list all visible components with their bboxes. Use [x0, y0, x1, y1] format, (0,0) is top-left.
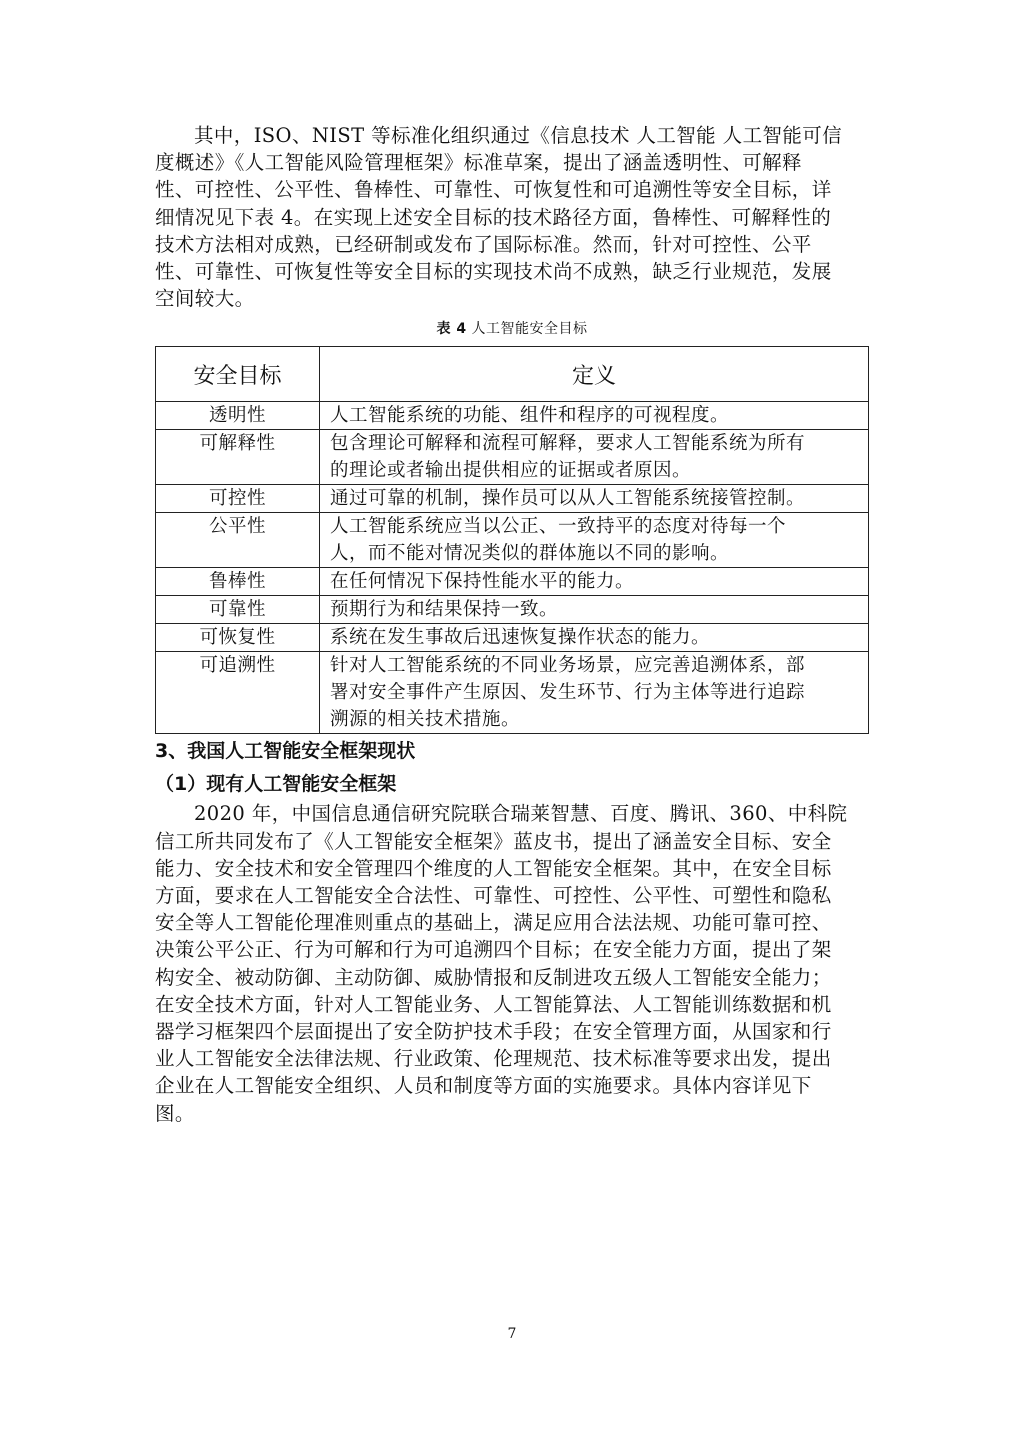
document-page: 其中，ISO、NIST 等标准化组织通过《信息技术 人工智能 人工智能可信 度概… [155, 122, 869, 1127]
text-line: 其中，ISO、NIST 等标准化组织通过《信息技术 人工智能 人工智能可信 [155, 122, 869, 149]
definition-line: 人工智能系统的功能、组件和程序的可视程度。 [330, 402, 868, 429]
table-caption: 表 4 人工智能安全目标 [155, 318, 869, 338]
table-row: 可恢复性 系统在发生事故后迅速恢复操作状态的能力。 [156, 624, 869, 652]
table-row: 透明性 人工智能系统的功能、组件和程序的可视程度。 [156, 402, 869, 430]
definition-line: 系统在发生事故后迅速恢复操作状态的能力。 [330, 624, 868, 651]
text-line: 性、可靠性、可恢复性等安全目标的实现技术尚不成熟，缺乏行业规范，发展 [155, 258, 869, 285]
text-line: 在安全技术方面，针对人工智能业务、人工智能算法、人工智能训练数据和机 [155, 991, 869, 1018]
table-row: 公平性 人工智能系统应当以公正、一致持平的态度对待每一个 人，而不能对情况类似的… [156, 513, 869, 568]
security-goals-table: 安全目标 定义 透明性 人工智能系统的功能、组件和程序的可视程度。 可解释性 包… [155, 346, 869, 734]
table-row: 可控性 通过可靠的机制，操作员可以从人工智能系统接管控制。 [156, 485, 869, 513]
text-line: 性、可控性、公平性、鲁棒性、可靠性、可恢复性和可追溯性等安全目标，详 [155, 176, 869, 203]
table-caption-label: 表 4 [436, 321, 466, 337]
goal-cell: 鲁棒性 [156, 568, 320, 596]
table-header-row: 安全目标 定义 [156, 347, 869, 402]
definition-line: 包含理论可解释和流程可解释，要求人工智能系统为所有 [330, 430, 868, 457]
text-line: 细情况见下表 4。在实现上述安全目标的技术路径方面，鲁棒性、可解释性的 [155, 204, 869, 231]
text-line: 度概述》《人工智能风险管理框架》标准草案，提出了涵盖透明性、可解释 [155, 149, 869, 176]
definition-line: 署对安全事件产生原因、发生环节、行为主体等进行追踪 [330, 679, 868, 706]
header-definition: 定义 [320, 347, 869, 402]
text-line: 构安全、被动防御、主动防御、威胁情报和反制进攻五级人工智能安全能力； [155, 964, 869, 991]
text-line: 能力、安全技术和安全管理四个维度的人工智能安全框架。其中，在安全目标 [155, 855, 869, 882]
definition-line: 的理论或者输出提供相应的证据或者原因。 [330, 457, 868, 484]
table-row: 可靠性 预期行为和结果保持一致。 [156, 596, 869, 624]
definition-cell: 在任何情况下保持性能水平的能力。 [320, 568, 869, 596]
goal-cell: 可控性 [156, 485, 320, 513]
table-row: 可追溯性 针对人工智能系统的不同业务场景，应完善追溯体系，部 署对安全事件产生原… [156, 652, 869, 734]
goal-cell: 可追溯性 [156, 652, 320, 734]
text-line: 决策公平公正、行为可解和行为可追溯四个目标；在安全能力方面，提出了架 [155, 936, 869, 963]
definition-cell: 包含理论可解释和流程可解释，要求人工智能系统为所有 的理论或者输出提供相应的证据… [320, 430, 869, 485]
text-line: 业人工智能安全法律法规、行业政策、伦理规范、技术标准等要求出发，提出 [155, 1045, 869, 1072]
definition-line: 针对人工智能系统的不同业务场景，应完善追溯体系，部 [330, 652, 868, 679]
text-line: 安全等人工智能伦理准则重点的基础上，满足应用合法法规、功能可靠可控、 [155, 909, 869, 936]
intro-paragraph: 其中，ISO、NIST 等标准化组织通过《信息技术 人工智能 人工智能可信 度概… [155, 122, 869, 312]
text-line: 空间较大。 [155, 285, 869, 312]
text-line: 图。 [155, 1100, 869, 1127]
text-line: 企业在人工智能安全组织、人员和制度等方面的实施要求。具体内容详见下 [155, 1072, 869, 1099]
text-line: 2020 年，中国信息通信研究院联合瑞莱智慧、百度、腾讯、360、中科院 [155, 800, 869, 827]
text-line: 技术方法相对成熟，已经研制或发布了国际标准。然而，针对可控性、公平 [155, 231, 869, 258]
definition-line: 溯源的相关技术措施。 [330, 706, 868, 733]
definition-line: 预期行为和结果保持一致。 [330, 596, 868, 623]
table-caption-title: 人工智能安全目标 [472, 321, 588, 337]
definition-line: 人工智能系统应当以公正、一致持平的态度对待每一个 [330, 513, 868, 540]
definition-cell: 预期行为和结果保持一致。 [320, 596, 869, 624]
table-row: 鲁棒性 在任何情况下保持性能水平的能力。 [156, 568, 869, 596]
definition-cell: 人工智能系统应当以公正、一致持平的态度对待每一个 人，而不能对情况类似的群体施以… [320, 513, 869, 568]
goal-cell: 透明性 [156, 402, 320, 430]
goal-cell: 可恢复性 [156, 624, 320, 652]
definition-cell: 人工智能系统的功能、组件和程序的可视程度。 [320, 402, 869, 430]
definition-cell: 通过可靠的机制，操作员可以从人工智能系统接管控制。 [320, 485, 869, 513]
text-line: 器学习框架四个层面提出了安全防护技术手段；在安全管理方面，从国家和行 [155, 1018, 869, 1045]
goal-cell: 可解释性 [156, 430, 320, 485]
text-line: 方面，要求在人工智能安全合法性、可靠性、可控性、公平性、可塑性和隐私 [155, 882, 869, 909]
goal-cell: 可靠性 [156, 596, 320, 624]
page-number: 7 [0, 1326, 1024, 1342]
definition-cell: 针对人工智能系统的不同业务场景，应完善追溯体系，部 署对安全事件产生原因、发生环… [320, 652, 869, 734]
definition-line: 在任何情况下保持性能水平的能力。 [330, 568, 868, 595]
section-heading: 3、我国人工智能安全框架现状 [155, 738, 869, 765]
table-row: 可解释性 包含理论可解释和流程可解释，要求人工智能系统为所有 的理论或者输出提供… [156, 430, 869, 485]
body-paragraph: 2020 年，中国信息通信研究院联合瑞莱智慧、百度、腾讯、360、中科院 信工所… [155, 800, 869, 1126]
text-line: 信工所共同发布了《人工智能安全框架》蓝皮书，提出了涵盖安全目标、安全 [155, 828, 869, 855]
definition-line: 通过可靠的机制，操作员可以从人工智能系统接管控制。 [330, 485, 868, 512]
definition-cell: 系统在发生事故后迅速恢复操作状态的能力。 [320, 624, 869, 652]
goal-cell: 公平性 [156, 513, 320, 568]
subsection-heading: （1）现有人工智能安全框架 [155, 771, 869, 798]
definition-line: 人，而不能对情况类似的群体施以不同的影响。 [330, 540, 868, 567]
header-goal: 安全目标 [156, 347, 320, 402]
